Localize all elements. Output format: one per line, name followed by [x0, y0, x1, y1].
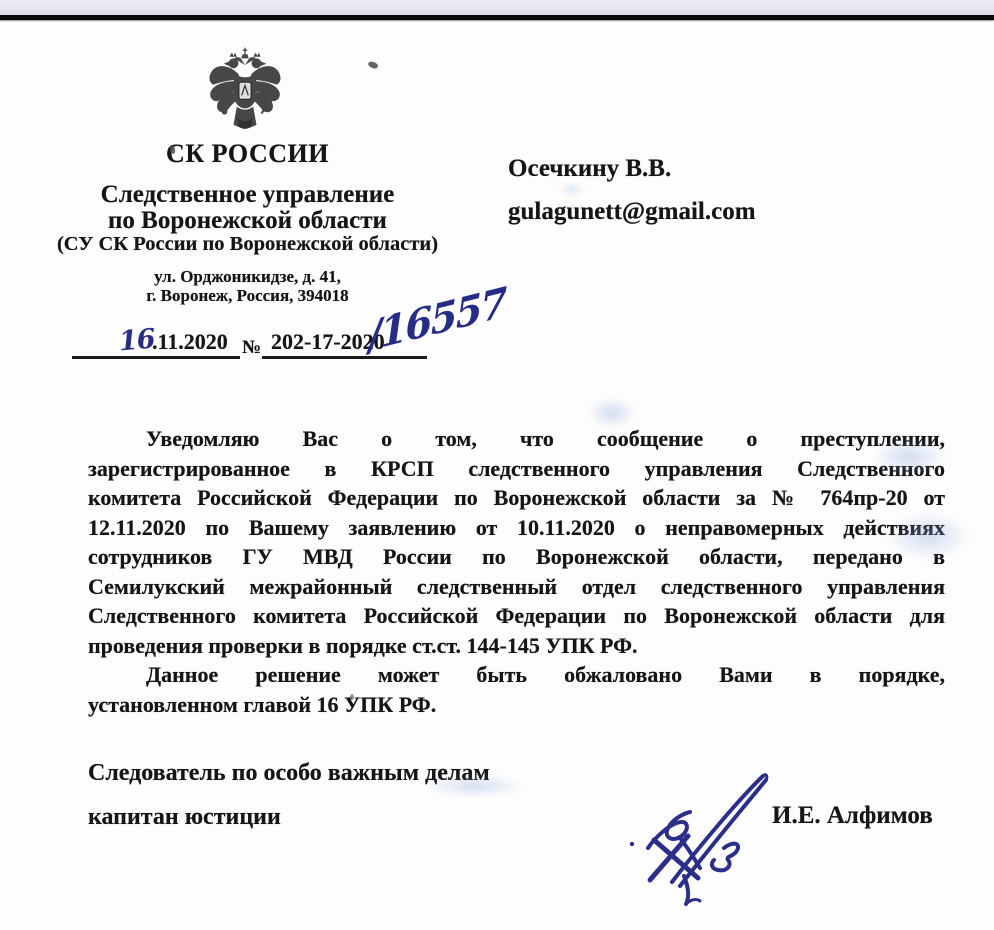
recipient-name: Осечкину В.В. [508, 155, 671, 183]
number-sign: № [242, 337, 261, 359]
org-short-title: СК РОССИИ [35, 139, 460, 169]
body-line: Следственного комитета Российской Федера… [88, 601, 945, 631]
coat-of-arms-eagle-icon [204, 46, 286, 138]
scan-ink-smudge [588, 398, 636, 428]
body-line: сотрудников ГУ МВД России по Воронежской… [88, 542, 945, 572]
scan-speck [350, 694, 354, 700]
date-underline [72, 356, 240, 359]
handwritten-signature-icon [620, 764, 790, 909]
body-line: Данное решение может быть обжаловано Вам… [88, 660, 945, 690]
signer-position-line2: капитан юстиции [88, 804, 281, 831]
scan-ink-smudge [560, 182, 584, 197]
body-line: установленном главой 16 УПК РФ. [88, 690, 945, 720]
handwritten-day: 16 [118, 324, 156, 358]
org-address-line2: г. Воронеж, Россия, 394018 [35, 287, 460, 306]
letter-body: Уведомляю Вас о том, что сообщение о пре… [88, 424, 945, 719]
body-line: зарегистрированное в КРСП следственного … [88, 454, 945, 484]
org-name-line1: Следственное управление [35, 182, 460, 208]
body-line: 12.11.2020 по Вашему заявлению от 10.11.… [88, 513, 945, 543]
org-address: ул. Орджоникидзе, д. 41, г. Воронеж, Рос… [35, 268, 460, 305]
org-name: Следственное управление по Воронежской о… [35, 182, 460, 234]
scanner-edge-line [0, 15, 994, 20]
body-line: комитета Российской Федерации по Воронеж… [88, 483, 945, 513]
org-name-line2: по Воронежской области [35, 208, 460, 234]
body-line: Семилукский межрайонный следственный отд… [88, 572, 945, 602]
signer-name: И.Е. Алфимов [772, 802, 933, 830]
recipient-email: gulagunett@gmail.com [508, 198, 756, 226]
scanner-top-band [0, 0, 994, 15]
typed-date: .11.2020 [152, 329, 228, 355]
org-address-line1: ул. Орджоникидзе, д. 41, [35, 268, 460, 287]
body-line: Уведомляю Вас о том, что сообщение о пре… [88, 424, 945, 454]
scan-ink-smudge [872, 438, 946, 476]
scan-speck [367, 60, 379, 70]
scanned-letter-page: СК РОССИИ Следственное управление по Вор… [0, 0, 994, 930]
body-line: проведения проверки в порядке ст.ст. 144… [88, 631, 945, 661]
scan-ink-smudge [424, 775, 524, 797]
number-underline [262, 356, 427, 359]
scan-ink-smudge [886, 512, 970, 560]
org-abbreviation: (СУ СК России по Воронежской области) [35, 233, 460, 256]
